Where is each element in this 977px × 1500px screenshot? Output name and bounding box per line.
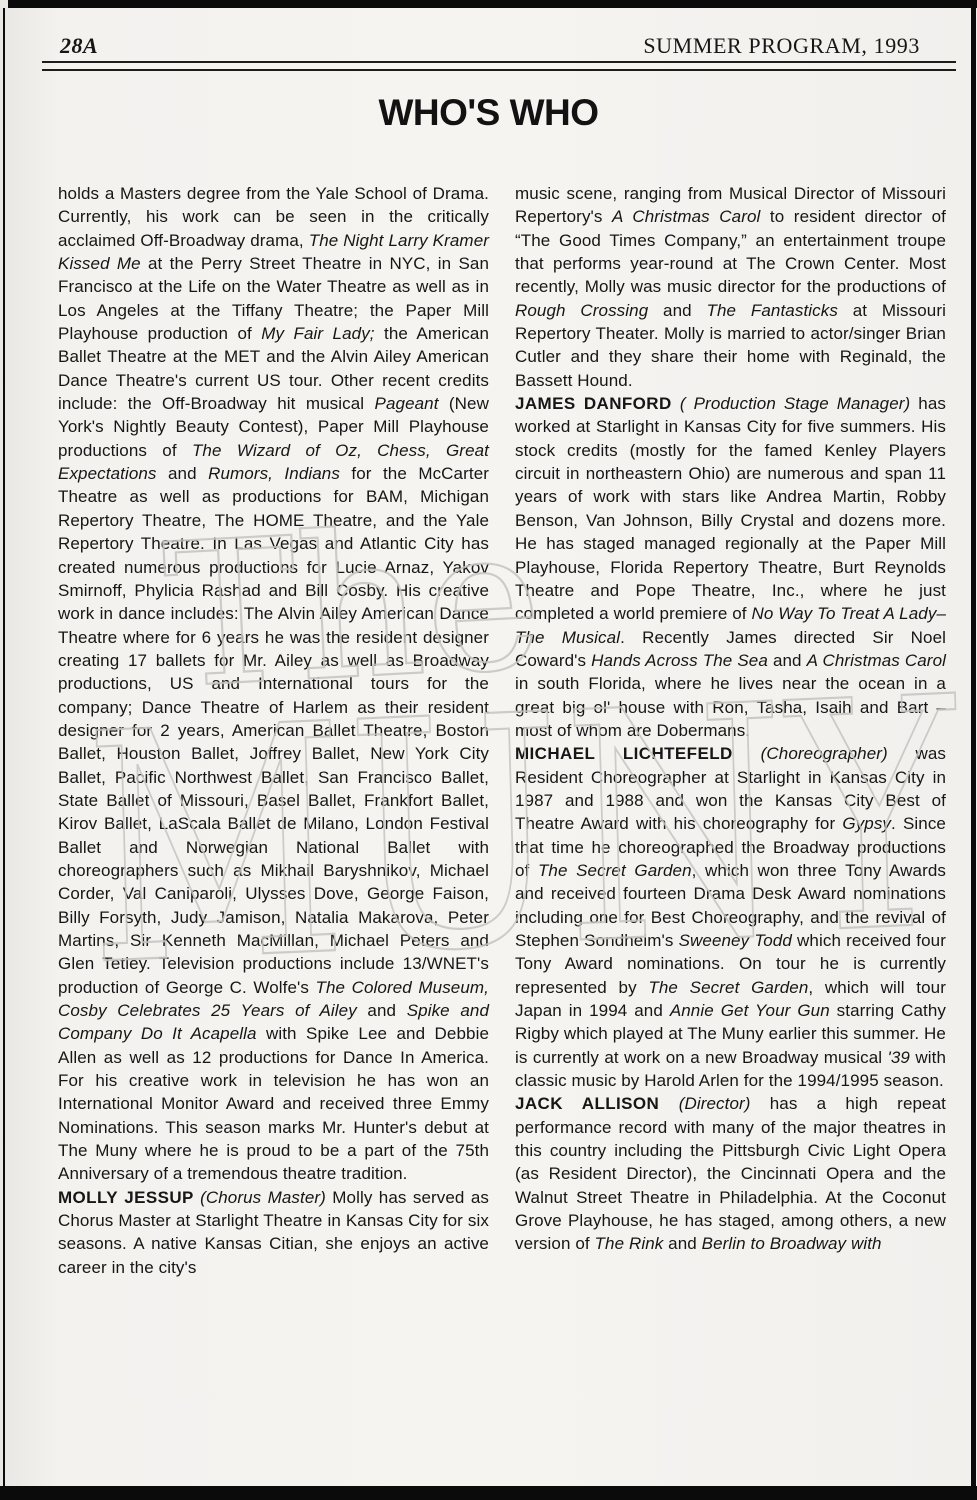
text-segment: MICHAEL LICHTEFELD	[515, 744, 761, 763]
bio-paragraph: MICHAEL LICHTEFELD (Choreographer) was R…	[515, 742, 946, 1092]
text-segment: My Fair Lady;	[261, 324, 374, 343]
text-segment: A Christmas Carol	[807, 651, 946, 670]
text-segment: has worked at Starlight in Kansas City f…	[515, 394, 946, 623]
text-segment: Rough Crossing	[515, 301, 648, 320]
text-segment: and	[157, 464, 209, 483]
two-column-body: holds a Masters degree from the Yale Sch…	[58, 182, 946, 1279]
text-segment: and	[768, 651, 807, 670]
text-segment: '39	[888, 1048, 910, 1067]
text-segment: Annie Get Your Gun	[670, 1001, 830, 1020]
text-segment: A Christmas Carol	[612, 207, 760, 226]
text-segment: with Spike Lee and Debbie Allen as well …	[58, 1024, 489, 1183]
header-rule-top	[42, 61, 956, 63]
page-title: WHO'S WHO	[0, 92, 977, 134]
text-segment: (Choreographer)	[761, 744, 888, 763]
text-segment: Gypsy	[842, 814, 891, 833]
text-segment: MOLLY JESSUP	[58, 1188, 200, 1207]
text-segment: ( Production Stage Manager)	[680, 394, 910, 413]
bio-paragraph: MOLLY JESSUP (Chorus Master) Molly has s…	[58, 1186, 489, 1279]
scanned-program-page: 28A SUMMER PROGRAM, 1993 WHO'S WHO The M…	[0, 0, 977, 1500]
text-segment: in south Florida, where he lives near th…	[515, 674, 946, 740]
text-segment: and	[357, 1001, 407, 1020]
text-segment: JACK ALLISON	[515, 1094, 679, 1113]
text-segment: JAMES DANFORD	[515, 394, 680, 413]
page-number: 28A	[60, 33, 98, 59]
text-segment: Sweeney Todd	[679, 931, 792, 950]
text-segment: (Director)	[679, 1094, 751, 1113]
bio-paragraph: JAMES DANFORD ( Production Stage Manager…	[515, 392, 946, 742]
text-segment: for the McCarter Theatre as well as prod…	[58, 464, 489, 997]
text-segment: and	[648, 301, 706, 320]
text-segment: The Fantasticks	[707, 301, 838, 320]
scan-border-right	[971, 0, 976, 1500]
text-segment: Hands Across The Sea	[591, 651, 768, 670]
scan-border-left	[3, 8, 5, 1486]
header-program-title: SUMMER PROGRAM, 1993	[643, 33, 920, 59]
scan-border-top	[8, 0, 977, 8]
scan-border-bottom	[0, 1486, 977, 1500]
right-column: music scene, ranging from Musical Direct…	[515, 182, 946, 1279]
header-rule-bottom	[42, 69, 956, 71]
text-segment: and	[663, 1234, 701, 1253]
bio-paragraph: JACK ALLISON (Director) has a high repea…	[515, 1092, 946, 1255]
text-segment: The Secret Garden	[648, 978, 808, 997]
bio-paragraph: holds a Masters degree from the Yale Sch…	[58, 182, 489, 1186]
text-segment: Rumors, Indians	[208, 464, 340, 483]
text-segment: (Chorus Master)	[200, 1188, 326, 1207]
text-segment: Pageant	[375, 394, 439, 413]
text-segment: has a high repeat performance record wit…	[515, 1094, 946, 1253]
text-segment: The Rink	[595, 1234, 664, 1253]
text-segment: Berlin to Broadway with	[702, 1234, 882, 1253]
text-segment: The Secret Garden	[538, 861, 692, 880]
bio-paragraph: music scene, ranging from Musical Direct…	[515, 182, 946, 392]
left-column: holds a Masters degree from the Yale Sch…	[58, 182, 489, 1279]
